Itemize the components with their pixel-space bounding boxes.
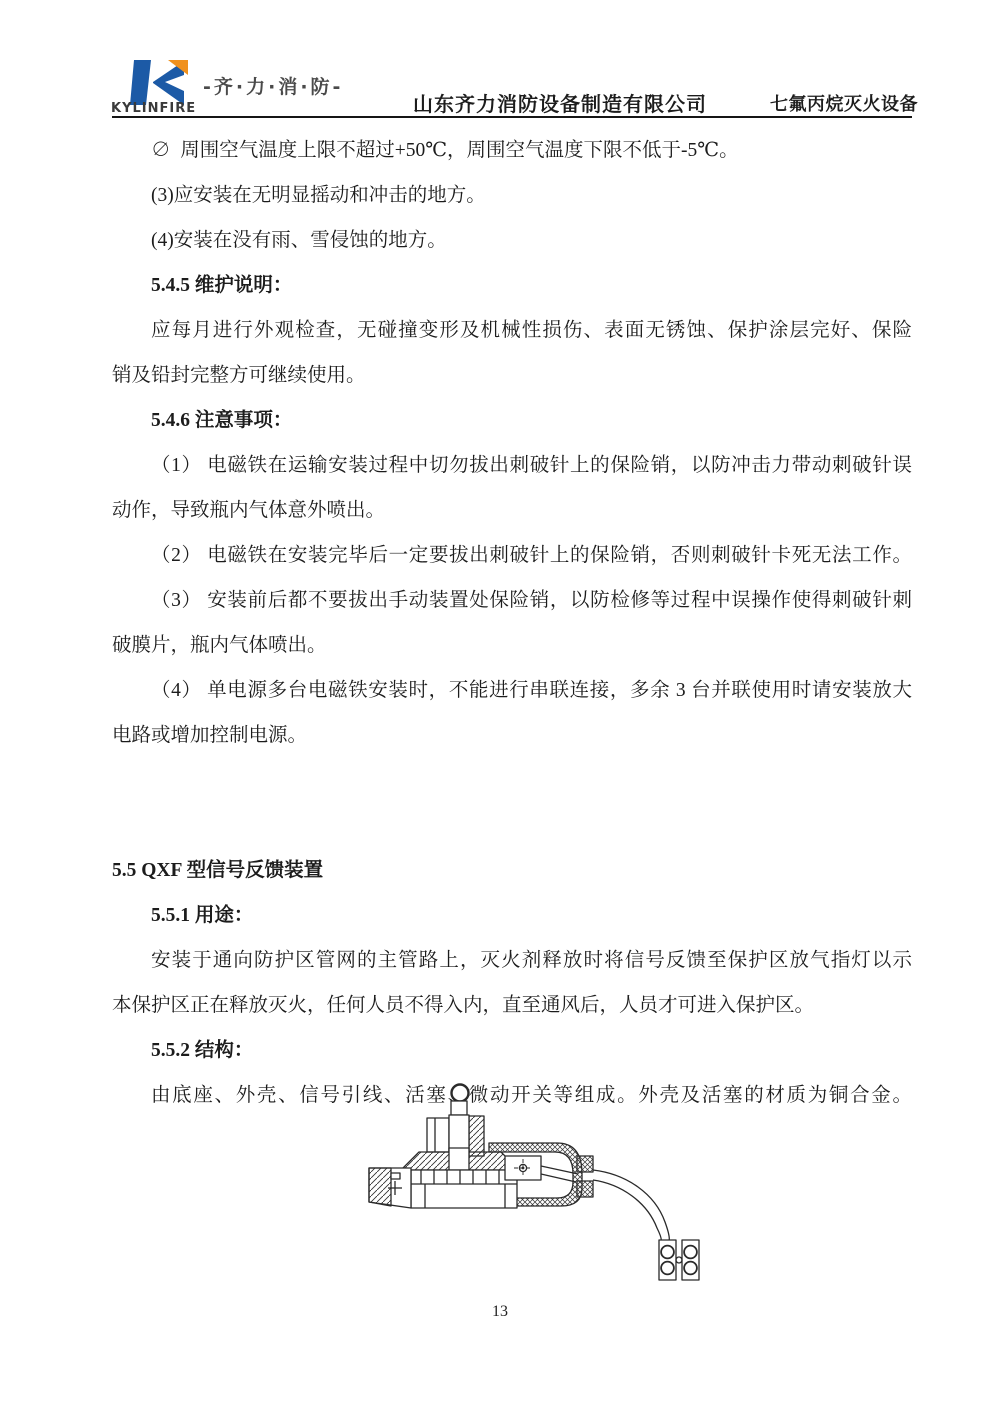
body-line: (4)安装在没有雨、雪侵蚀的地方。 — [112, 218, 912, 263]
body-line: ∅ 周围空气温度上限不超过+50℃，周围空气温度下限不低于-5℃。 — [112, 128, 912, 173]
kylinfire-logo-icon — [130, 60, 188, 106]
section-heading: 5.4.5 维护说明： — [112, 263, 912, 308]
body-line: （3） 安装前后都不要拔出手动装置处保险销，以防检修等过程中误操作使得刺破针刺 — [112, 578, 912, 623]
brand-slogan: -齐·力·消·防- — [203, 72, 343, 99]
signal-feedback-device-figure — [365, 1082, 715, 1294]
body-line: 应每月进行外观检查，无碰撞变形及机械性损伤、表面无锈蚀、保护涂层完好、保险 — [112, 308, 912, 353]
body-line: 本保护区正在释放灭火，任何人员不得入内，直至通风后，人员才可进入保护区。 — [112, 983, 912, 1028]
section-heading: 5.5.2 结构： — [112, 1028, 912, 1073]
section-heading: 5.5 QXF 型信号反馈装置 — [112, 848, 912, 893]
body-line: （2） 电磁铁在安装完毕后一定要拔出刺破针上的保险销，否则刺破针卡死无法工作。 — [112, 533, 912, 578]
section-heading: 5.4.6 注意事项： — [112, 398, 912, 443]
section-heading: 5.5.1 用途： — [112, 893, 912, 938]
body-line: 电路或增加控制电源。 — [112, 713, 912, 758]
body-line: （4） 单电源多台电磁铁安装时，不能进行串联连接，多余 3 台并联使用时请安装放… — [112, 668, 912, 713]
document-page: KYLINFIRE -齐·力·消·防- 山东齐力消防设备制造有限公司 七氟丙烷灭… — [0, 0, 1000, 1414]
body-line: 销及铅封完整方可继续使用。 — [112, 353, 912, 398]
body-text: ∅ 周围空气温度上限不超过+50℃，周围空气温度下限不低于-5℃。 (3)应安装… — [112, 128, 912, 1118]
body-line: （1） 电磁铁在运输安装过程中切勿拔出刺破针上的保险销，以防冲击力带动刺破针误 — [112, 443, 912, 488]
body-line: (3)应安装在无明显摇动和冲击的地方。 — [112, 173, 912, 218]
brand-name: KYLINFIRE — [111, 101, 221, 116]
header-rule — [112, 116, 912, 118]
body-line: 动作，导致瓶内气体意外喷出。 — [112, 488, 912, 533]
product-name: 七氟丙烷灭火设备 — [770, 90, 918, 116]
body-line: 破膜片，瓶内气体喷出。 — [112, 623, 912, 668]
page-number: 13 — [0, 1303, 1000, 1321]
company-name: 山东齐力消防设备制造有限公司 — [413, 88, 707, 117]
body-line: 安装于通向防护区管网的主管路上，灭火剂释放时将信号反馈至保护区放气指灯以示 — [112, 938, 912, 983]
